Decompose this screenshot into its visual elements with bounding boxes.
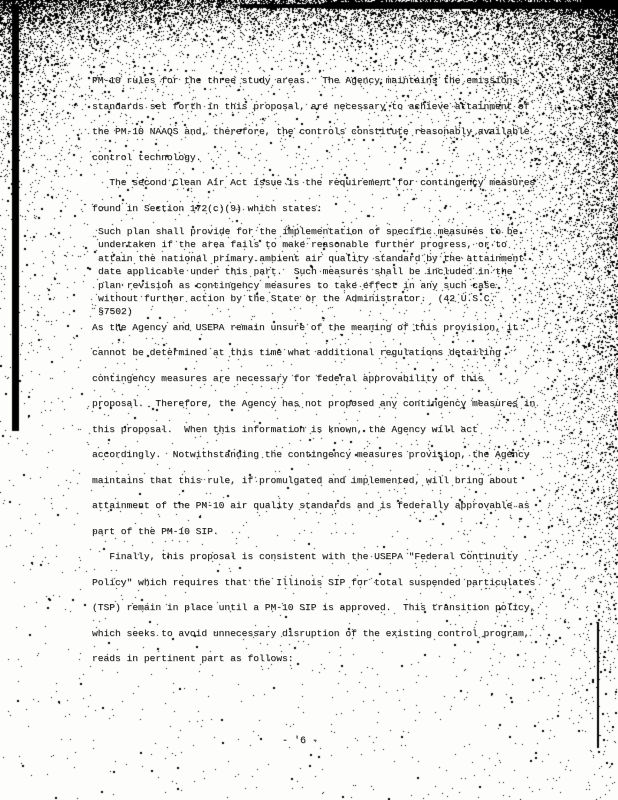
text-line: attainment of the PM-10 air quality stan…: [92, 493, 554, 519]
document-body: PM-10 rules for the three study areas. T…: [92, 68, 554, 672]
text-line: undertaken if the area fails to make rea…: [98, 238, 554, 251]
text-line: reads in pertinent part as follows:: [92, 646, 554, 672]
text-line: date applicable under this part. Such me…: [98, 265, 554, 278]
text-line: The second Clean Air Act issue is the re…: [92, 170, 554, 196]
body-paragraph-1: PM-10 rules for the three study areas. T…: [92, 68, 554, 170]
text-line: part of the PM-10 SIP.: [92, 519, 554, 545]
text-line: control technology.: [92, 145, 554, 171]
text-line: the PM-10 NAAQS and, therefore, the cont…: [92, 119, 554, 145]
text-line: As the Agency and USEPA remain unsure of…: [92, 315, 554, 341]
body-paragraph-3: As the Agency and USEPA remain unsure of…: [92, 315, 554, 545]
text-line: this proposal. When this information is …: [92, 417, 554, 443]
text-line: standards set forth in this proposal, ar…: [92, 94, 554, 120]
text-line: which seeks to avoid unnecessary disrupt…: [92, 621, 554, 647]
text-line: plan revision as contingency measures to…: [98, 279, 554, 292]
text-line: PM-10 rules for the three study areas. T…: [92, 68, 554, 94]
text-line: Such plan shall provide for the implemen…: [98, 225, 554, 238]
statute-blockquote: Such plan shall provide for the implemen…: [98, 225, 554, 319]
body-paragraph-4: Finally, this proposal is consistent wit…: [92, 544, 554, 672]
body-paragraph-2: The second Clean Air Act issue is the re…: [92, 170, 554, 221]
text-line: without further action by the State or t…: [98, 292, 554, 305]
text-line: contingency measures are necessary for f…: [92, 366, 554, 392]
text-line: maintains that this rule, if promulgated…: [92, 468, 554, 494]
page-number: - '6 -: [230, 736, 370, 747]
text-line: proposal. Therefore, the Agency has not …: [92, 391, 554, 417]
text-line: cannot be determined at this time what a…: [92, 340, 554, 366]
text-line: Policy" which requires that the Illinois…: [92, 570, 554, 596]
text-line: (TSP) remain in place until a PM-10 SIP …: [92, 595, 554, 621]
scanned-document-page: PM-10 rules for the three study areas. T…: [0, 0, 618, 800]
text-line: accordingly. Notwithstanding the conting…: [92, 442, 554, 468]
text-line: attain the national primary ambient air …: [98, 252, 554, 265]
text-line: found in Section 172(c)(9) which states:: [92, 196, 554, 222]
text-line: Finally, this proposal is consistent wit…: [92, 544, 554, 570]
